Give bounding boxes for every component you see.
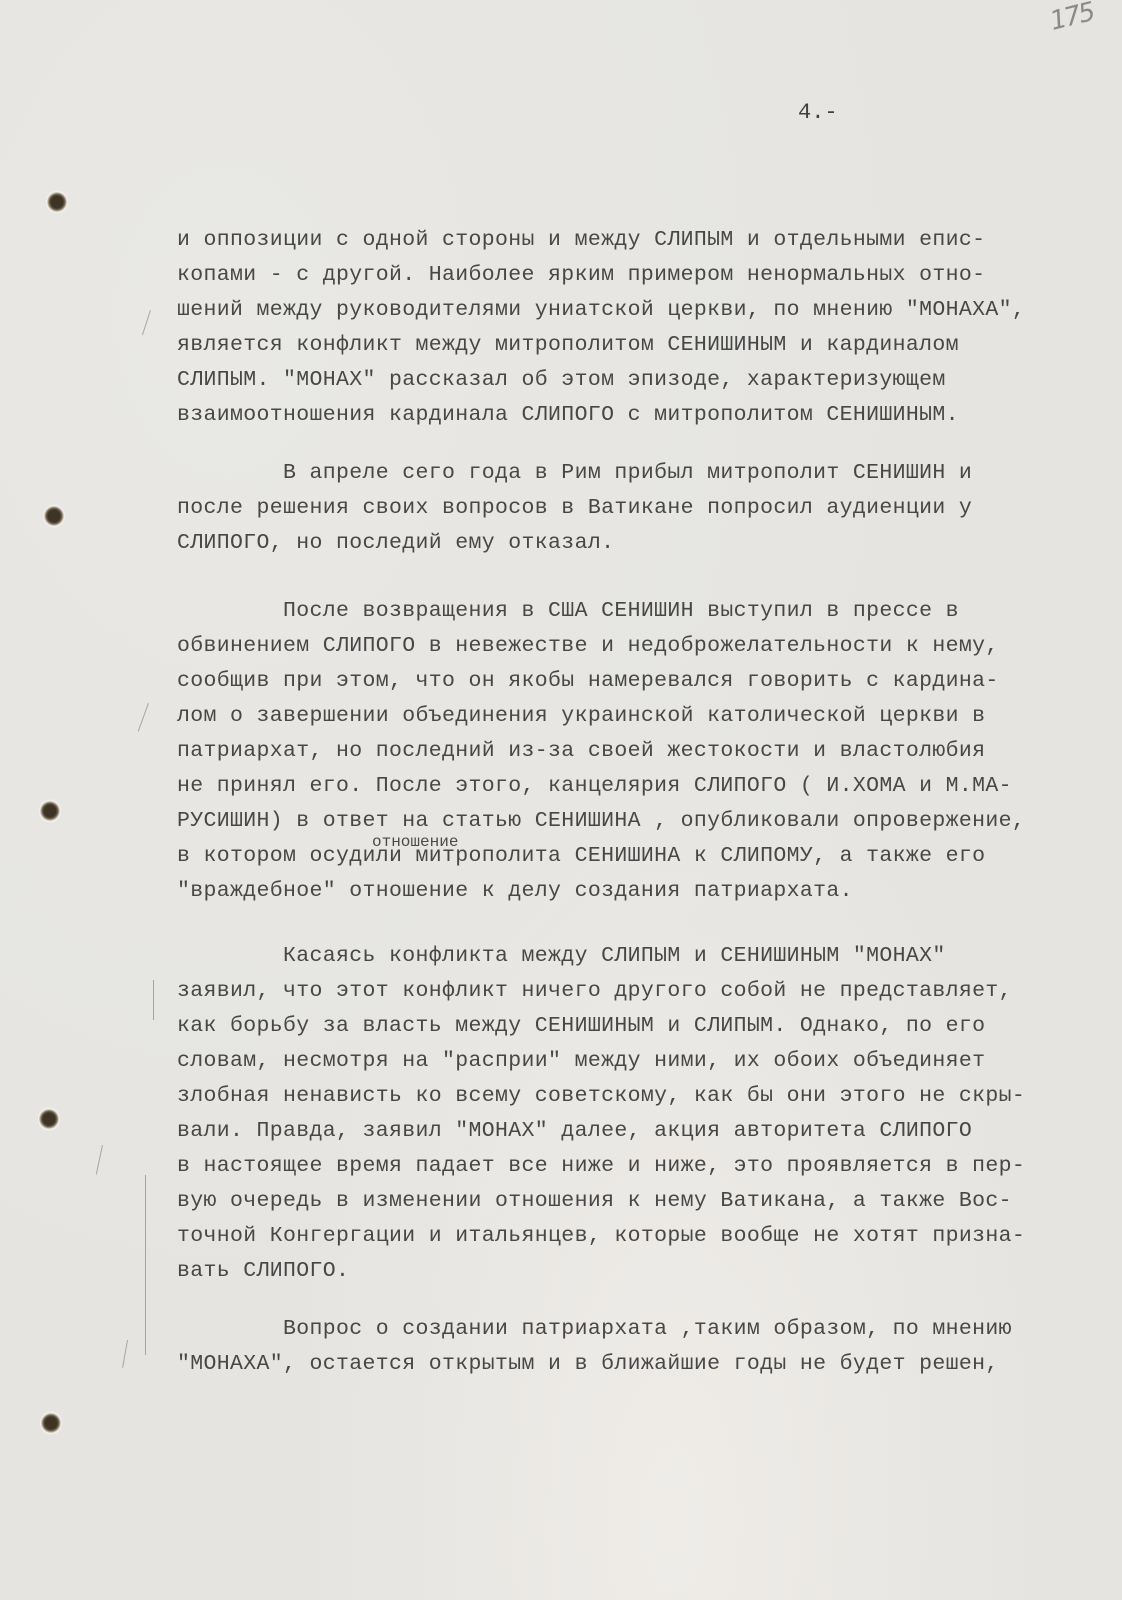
pencil-margin-line-icon xyxy=(145,1175,146,1355)
text-line: и оппозиции с одной стороны и между СЛИП… xyxy=(177,230,985,252)
interlinear-insert: отношение xyxy=(372,834,458,850)
text-line: Касаясь конфликта между СЛИПЫМ и СЕНИШИН… xyxy=(177,946,946,968)
text-line: словам, несмотря на "расприи" между ними… xyxy=(177,1051,985,1073)
text-line: обвинением СЛИПОГО в невежестве и недобр… xyxy=(177,636,999,658)
text-line: после решения своих вопросов в Ватикане … xyxy=(177,498,972,520)
text-line: СЛИПОГО, но последий ему отказал. xyxy=(177,533,614,555)
text-line: РУСИШИН) в ответ на статью СЕНИШИНА , оп… xyxy=(177,811,1025,833)
text-line: заявил, что этот конфликт ничего другого… xyxy=(177,981,1012,1003)
punch-hole-icon xyxy=(46,189,68,215)
text-line: Вопрос о создании патриархата ,таким обр… xyxy=(177,1319,1012,1341)
pencil-checkmark-icon xyxy=(122,1340,128,1368)
pencil-margin-line-icon xyxy=(153,980,154,1020)
text-line: в настоящее время падает все ниже и ниже… xyxy=(177,1156,1025,1178)
text-line: вую очередь в изменении отношения к нему… xyxy=(177,1191,1012,1213)
text-line: взаимоотношения кардинала СЛИПОГО с митр… xyxy=(177,405,959,427)
text-line: патриархат, но последний из-за своей жес… xyxy=(177,741,985,763)
text-line: "МОНАХА", остается открытым и в ближайши… xyxy=(177,1354,999,1376)
text-line: лом о завершении объединения украинской … xyxy=(177,706,985,728)
text-line: В апреле сего года в Рим прибыл митропол… xyxy=(177,463,972,485)
pencil-checkmark-icon xyxy=(138,703,149,732)
text-line: шений между руководителями униатской цер… xyxy=(177,300,1025,322)
text-line: является конфликт между митрополитом СЕН… xyxy=(177,335,959,357)
text-line: не принял его. После этого, канцелярия С… xyxy=(177,776,1012,798)
text-line: в котором осудили митрополита СЕНИШИНА к… xyxy=(177,846,985,868)
pencil-checkmark-icon xyxy=(96,1145,103,1175)
text-line: как борьбу за власть между СЕНИШИНЫМ и С… xyxy=(177,1016,985,1038)
punch-hole-icon xyxy=(38,1106,60,1132)
document-page: 175 4.- и оппозиции с одной стороны и ме… xyxy=(0,0,1122,1600)
text-line: точной Конгергации и итальянцев, которые… xyxy=(177,1226,1025,1248)
punch-hole-icon xyxy=(40,1410,62,1436)
page-number: 4.- xyxy=(798,100,838,125)
text-line: вать СЛИПОГО. xyxy=(177,1261,349,1283)
pencil-checkmark-icon xyxy=(142,310,151,335)
punch-hole-icon xyxy=(39,798,61,824)
handwritten-folio-number: 175 xyxy=(1047,0,1097,37)
punch-hole-icon xyxy=(43,503,65,529)
text-line: сообщив при этом, что он якобы намеревал… xyxy=(177,671,999,693)
text-line: вали. Правда, заявил "МОНАХ" далее, акци… xyxy=(177,1121,972,1143)
text-line: "враждебное" отношение к делу создания п… xyxy=(177,881,853,903)
text-line: СЛИПЫМ. "МОНАХ" рассказал об этом эпизод… xyxy=(177,370,946,392)
text-line: После возвращения в США СЕНИШИН выступил… xyxy=(177,601,959,623)
text-line: копами - с другой. Наиболее ярким пример… xyxy=(177,265,985,287)
text-line: злобная ненависть ко всему советскому, к… xyxy=(177,1086,1025,1108)
